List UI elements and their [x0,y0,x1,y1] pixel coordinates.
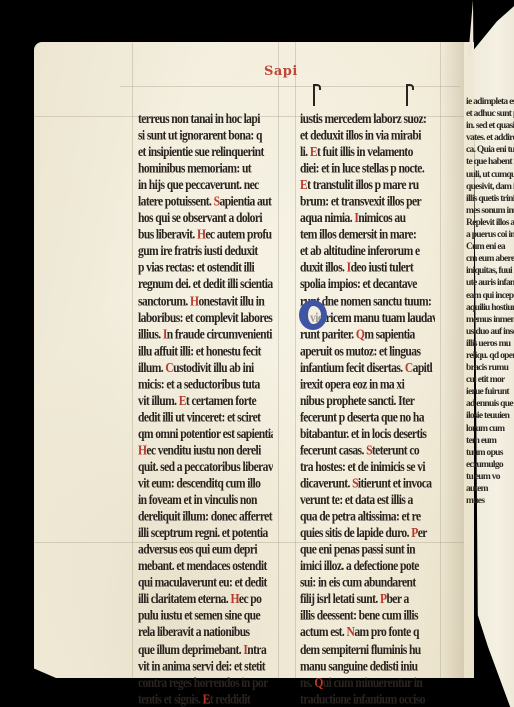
text-line: illi sceptrum regni. et potentia [138,525,273,542]
text-line: Hec venditu iustu non dereli [138,443,273,460]
text-line: que eni penas passi sunt in [300,542,435,559]
facing-text-line: ecrumulgo [466,459,514,471]
facing-text-line: in. sed et quasi in turba [466,120,514,132]
running-head: Sapi [264,64,298,79]
text-line: vit illum. Et certamen forte [138,393,273,410]
ruling-right-inner [440,42,441,678]
facing-text-line: mues [466,495,514,507]
text-line: dicaverunt. Sitierunt et invoca [300,476,435,493]
text-line: regnum dei. et dedit illi scientia [138,277,273,294]
text-line: in hijs que peccaverunt. nec [138,177,273,194]
rubricated-letter: E [300,177,307,192]
text-line: dereliquit illum: donec afferret [138,509,273,526]
facing-text-line: usiduo auf insonia [466,326,514,338]
text-line: bitabantur. et in locis desertis [300,426,435,443]
text-line: laboribus: et complevit labores [138,310,273,327]
text-line: brum: et transvexit illos per [300,194,435,211]
text-line: p vias rectas: et ostendit illi [138,260,273,277]
facing-text-line: Cum eni ea [466,241,514,253]
text-line: latere potuissent. Sapientia aut [138,194,273,211]
rubricated-letter: S [352,476,358,491]
facing-text-line: ie adimpleta est ampli [466,96,514,108]
facing-text-line: lorum cum [466,423,514,435]
gutter-shadow [440,42,464,678]
text-line: quies sitis de lapide duro. Per [300,525,435,542]
ascender-flourish [313,86,315,106]
facing-page-text: ie adimpleta est ampliet adhuc sunt p ho… [466,96,514,576]
text-line: et ab altitudine inferorum e [300,244,435,261]
rubricated-letter: E [310,144,317,159]
text-line: aperuit os mutoz: et linguas [300,343,435,360]
facing-text-line: cui etit mor [466,374,514,386]
text-line: terreus non tanai in hoc lapi [138,111,273,128]
facing-text-line: a puerus coi inu [466,229,514,241]
text-line: hominibus memoriam: ut [138,161,273,178]
facing-text-line: illis quetis trinit [466,193,514,205]
rubricated-letter: H [190,293,198,308]
text-line: vit eum: descenditq cum illo [138,476,273,493]
rubricated-letter: C [165,360,173,375]
facing-text-line: autem [466,483,514,495]
facing-text-line: illis ueros mu [466,338,514,350]
rubricated-letter: I [243,641,247,656]
text-line: fecerunt casas. Steterunt co [300,443,435,460]
facing-text-line: eam qui inceperit [466,290,514,302]
text-line: filij isrl letati sunt. Pber a [300,592,435,609]
rubricated-letter: C [405,360,413,375]
text-line: iustis mercedem laborz suoz: [300,111,435,128]
facing-text-line: uuli, ut cumque [466,169,514,181]
facing-text-line: memus inmenos [466,314,514,326]
text-line: fecerunt p deserta que no ha [300,409,435,426]
text-line: irexit opera eoz in ma xi [300,376,435,393]
ruling-left-outer [132,42,133,678]
text-line: in foveam et in vinculis non [138,492,273,509]
text-line: sui: in eis cum abundarent [300,575,435,592]
text-line: illu affuit illi: et honestu fecit [138,343,273,360]
text-line: hos qui se observant a dolori [138,210,273,227]
rubricated-letter: E [203,691,210,706]
facing-text-line: cm eum aberet [466,253,514,265]
facing-text-line: ierue fuirunt [466,386,514,398]
text-line: traductione infantium occiso [300,691,435,707]
text-line: mebant. et mendaces ostendit [138,559,273,576]
text-line: bus liberavit. Hec autem profu [138,227,273,244]
text-line: illum. Custodivit illu ab ini [138,360,273,377]
text-line: diei: et in luce stellas p nocte. [300,161,435,178]
facing-text-line: mes sonum inuo [466,205,514,217]
text-line: et deduxit illos in via mirabi [300,128,435,145]
rubricated-letter: P [411,525,417,540]
text-line: et insipientie sue relinquerint [138,144,273,161]
left-text-column: terreus non tanai in hoc lapisi sunt ut … [138,111,273,707]
blue-initial-glyph [299,300,327,330]
facing-text-line: reliqu. qd oper [466,350,514,362]
facing-text-line: tu eum vo [466,471,514,483]
facing-text-line: vates. et addirent humi [466,132,514,144]
text-line: que illum deprimebant. Intra [138,641,273,658]
text-line: imici illoz. a defectione pote [300,559,435,576]
decorated-initial [296,298,330,332]
rubricated-letter: Q [314,675,322,690]
text-line: qui maculaverunt eu: et dedit [138,575,273,592]
rubricated-letter: H [197,227,205,242]
text-line: infantium fecit disertas. Capitl [300,360,435,377]
rubricated-letter: S [366,443,372,458]
text-line: micis: et a seductoribus tuta [138,376,273,393]
rubricated-letter: H [230,592,238,607]
rubricated-letter: H [138,443,146,458]
text-line: aqua nimia. Inimicos au [300,210,435,227]
facing-text-line: bracis rumu [466,362,514,374]
facing-text-line: ad ennuis que [466,398,514,410]
text-line: quit. sed a peccatoribus liberav [138,459,273,476]
text-line: tentis et signis. Et reddidit [138,691,273,707]
facing-text-line: te que habent mensi [466,156,514,168]
rubricated-letter: P [380,592,386,607]
text-line: manu sanguine dedisti iniu [300,658,435,675]
ruling-right-outer [295,42,296,678]
facing-text-line: ute auris infamium [466,277,514,289]
facing-text-line: Replevit illos au [466,217,514,229]
facing-text-line: et adhuc sunt p horri [466,108,514,120]
rubricated-letter: I [163,326,167,341]
text-line: duxit illos. Ideo iusti tulert [300,260,435,277]
facing-text-line: ilosie teuuien [466,410,514,422]
text-line: illis deessent: bene cum illis [300,608,435,625]
text-line: si sunt ut ignorarent bona: q [138,128,273,145]
text-line: gum ire fratris iusti deduxit [138,244,273,261]
rubricated-letter: I [347,260,351,275]
right-text-column: iustis mercedem laborz suoz:et deduxit i… [300,111,435,707]
facing-text-line: tem eum [466,435,514,447]
text-line: rela liberavit a nationibus [138,625,273,642]
text-line: sanctorum. Honestavit illu in [138,293,273,310]
text-line: pulu iustu et semen sine que [138,608,273,625]
text-line: illius. In fraude circumvenienti [138,326,273,343]
text-line: spolia impios: et decantave [300,277,435,294]
text-line: li. Et fuit illis in velamento [300,144,435,161]
text-line: tem illos demersit in mare: [300,227,435,244]
rubricated-letter: Q [356,326,364,341]
text-line: adversus eos qui eum depri [138,542,273,559]
text-line: ns. Qui cum minuerentur in [300,675,435,692]
rubricated-letter: E [179,393,186,408]
rubricated-letter: N [347,625,355,640]
rubricated-letter: I [354,210,358,225]
text-line: Et transtulit illos p mare ru [300,177,435,194]
rubricated-letter: S [214,194,220,209]
facing-text-line: quesivit, dam inper [466,181,514,193]
text-line: illi claritatem eterna. Hec po [138,592,273,609]
ascender-flourish [406,86,408,106]
facing-text-line: ca. Quia eni tu ipsum [466,144,514,156]
facing-text-line: iniquitas, fuui [466,265,514,277]
text-line: dem sempiterni fluminis hu [300,641,435,658]
text-line: dedit illi ut vinceret: et sciret [138,409,273,426]
text-line: nibus prophete sancti. Iter [300,393,435,410]
text-line: actum est. Nam pro fonte q [300,625,435,642]
facing-text-line: tuum opus [466,447,514,459]
text-line: vit in anima servi dei: et stetit [138,658,273,675]
text-line: qm omni potentior est sapientia. [138,426,273,443]
text-line: qua de petra altissima: et re [300,509,435,526]
facing-text-line: aquiliu hostium [466,302,514,314]
ruling-left-inner [278,42,279,678]
text-line: contra reges horrendos in por [138,675,273,692]
text-line: verunt te: et data est illis a [300,492,435,509]
text-line: tra hostes: et de inimicis se vi [300,459,435,476]
